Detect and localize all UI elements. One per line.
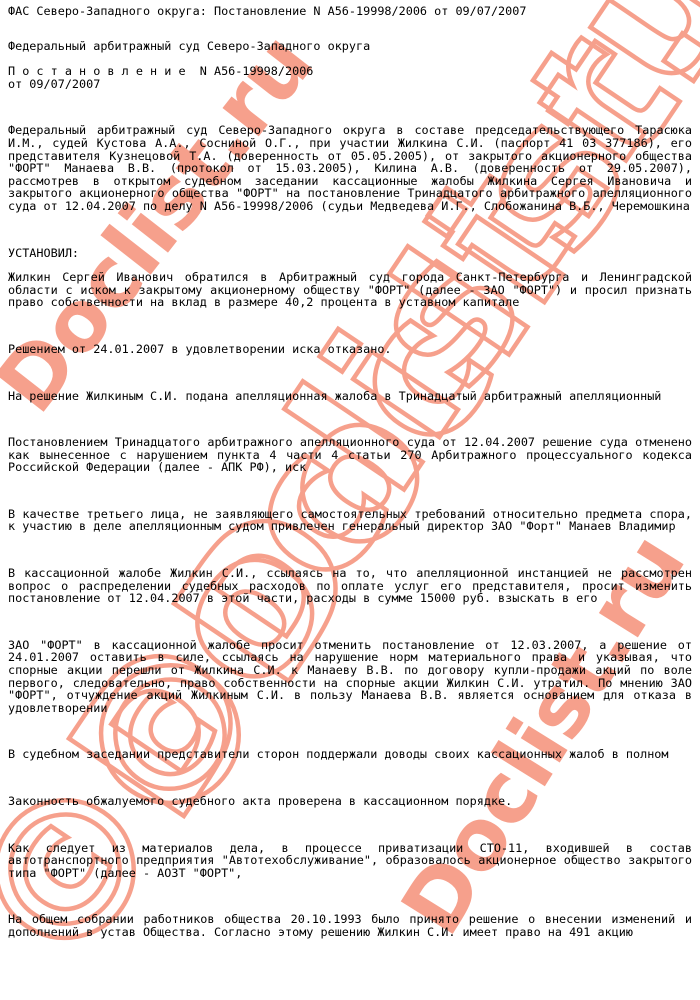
- paragraph: УСТАНОВИЛ:: [8, 247, 692, 260]
- paragraph: На общем собрании работников общества 20…: [8, 913, 692, 938]
- court-name-line: Федеральный арбитражный суд Северо-Запад…: [8, 40, 692, 53]
- paragraph: Постановлением Тринадцатого арбитражного…: [8, 436, 692, 474]
- paragraph: Законность обжалуемого судебного акта пр…: [8, 795, 692, 808]
- paragraph: В судебном заседании представители сторо…: [8, 748, 692, 761]
- paragraph: На решение Жилкиным С.И. подана апелляци…: [8, 390, 692, 403]
- paragraph: Решением от 24.01.2007 в удовлетворении …: [8, 343, 692, 356]
- paragraph-container: Федеральный арбитражный суд Северо-Запад…: [8, 124, 692, 938]
- document-header-line: ФАС Северо-Западного округа: Постановлен…: [8, 5, 692, 18]
- paragraph: ЗАО "ФОРТ" в кассационной жалобе просит …: [8, 639, 692, 715]
- resolution-block: П о с т а н о в л е н и е N А56-19998/20…: [8, 65, 692, 90]
- resolution-title-line: П о с т а н о в л е н и е N А56-19998/20…: [8, 65, 692, 78]
- paragraph: Как следует из материалов дела, в процес…: [8, 842, 692, 880]
- paragraph: В кассационной жалобе Жилкин С.И., ссыла…: [8, 567, 692, 605]
- document-page: ФАС Северо-Западного округа: Постановлен…: [0, 0, 700, 939]
- paragraph: Жилкин Сергей Иванович обратился в Арбит…: [8, 271, 692, 309]
- resolution-date-line: от 09/07/2007: [8, 78, 692, 91]
- paragraph: Федеральный арбитражный суд Северо-Запад…: [8, 124, 692, 212]
- paragraph: В качестве третьего лица, не заявляющего…: [8, 508, 692, 533]
